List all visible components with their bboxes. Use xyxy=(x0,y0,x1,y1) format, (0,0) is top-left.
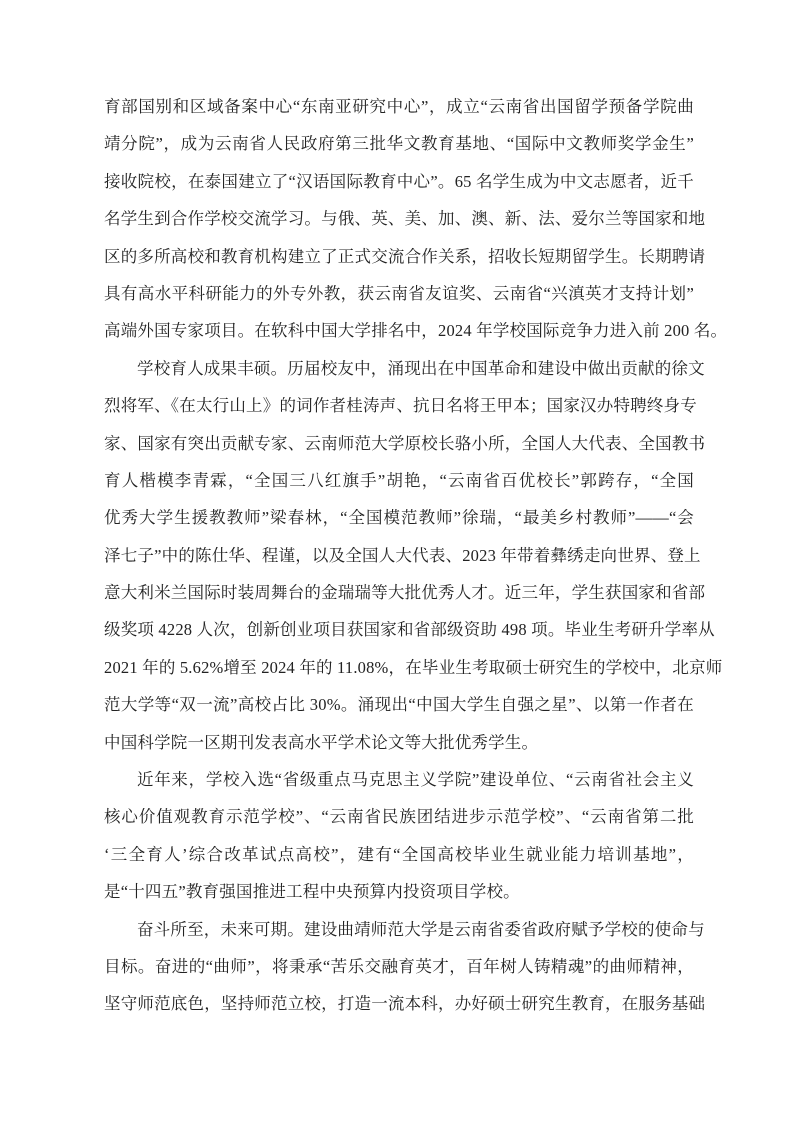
text-line: 核心价值观教育示范学校”、“云南省民族团结进步示范学校”、“云南省第二批 xyxy=(104,798,694,835)
text-line: 是“十四五”教育强国推进工程中央预算内投资项目学校。 xyxy=(104,873,694,910)
text-line: 区的多所高校和教育机构建立了正式交流合作关系，招收长短期留学生。长期聘请 xyxy=(104,238,694,275)
text-line: 2021 年的 5.62%增至 2024 年的 11.08%，在毕业生考取硕士研… xyxy=(104,649,694,686)
text-line: 名学生到合作学校交流学习。与俄、英、美、加、澳、新、法、爱尔兰等国家和地 xyxy=(104,200,694,237)
text-line: 范大学等“双一流”高校占比 30%。涌现出“中国大学生自强之星”、以第一作者在 xyxy=(104,686,694,723)
text-line: 优秀大学生援教教师”梁春林，“全国模范教师”徐瑞，“最美乡村教师”——“会 xyxy=(104,499,694,536)
text-line: 烈将军、《在太行山上》的词作者桂涛声、抗日名将王甲本；国家汉办特聘终身专 xyxy=(104,387,694,424)
text-line: 高端外国专家项目。在软科中国大学排名中，2024 年学校国际竞争力进入前 200… xyxy=(104,312,694,349)
text-line: 坚守师范底色，坚持师范立校，打造一流本科，办好硕士研究生教育，在服务基础 xyxy=(104,985,694,1022)
document-page: 育部国别和区域备案中心“东南亚研究中心”，成立“云南省出国留学预备学院曲 靖分院… xyxy=(0,0,794,1123)
text-line paragraph-start: 近年来，学校入选“省级重点马克思主义学院”建设单位、“云南省社会主义 xyxy=(104,761,694,798)
text-line: 靖分院”，成为云南省人民政府第三批华文教育基地、“国际中文教师奖学金生” xyxy=(104,125,694,162)
text-line: ‘三全育人’综合改革试点高校”，建有“全国高校毕业生就业能力培训基地”， xyxy=(104,836,694,873)
text-line: 意大利米兰国际时装周舞台的金瑞瑞等大批优秀人才。近三年，学生获国家和省部 xyxy=(104,574,694,611)
text-line: 具有高水平科研能力的外专外教，获云南省友谊奖、云南省“兴滇英才支持计划” xyxy=(104,275,694,312)
text-line: 中国科学院一区期刊发表高水平学术论文等大批优秀学生。 xyxy=(104,724,694,761)
text-line: 育部国别和区域备案中心“东南亚研究中心”，成立“云南省出国留学预备学院曲 xyxy=(104,88,694,125)
text-line paragraph-start: 奋斗所至，未来可期。建设曲靖师范大学是云南省委省政府赋予学校的使命与 xyxy=(104,911,694,948)
text-line: 家、国家有突出贡献专家、云南师范大学原校长骆小所，全国人大代表、全国教书 xyxy=(104,425,694,462)
text-line: 泽七子”中的陈仕华、程谨，以及全国人大代表、2023 年带着彝绣走向世界、登上 xyxy=(104,537,694,574)
text-line: 育人楷模李青霖，“全国三八红旗手”胡艳，“云南省百优校长”郭跨存，“全国 xyxy=(104,462,694,499)
text-line: 级奖项 4228 人次，创新创业项目获国家和省部级资助 498 项。毕业生考研升… xyxy=(104,611,694,648)
text-line: 接收院校，在泰国建立了“汉语国际教育中心”。65 名学生成为中文志愿者，近千 xyxy=(104,163,694,200)
text-line: 目标。奋进的“曲师”，将秉承“苦乐交融育英才，百年树人铸精魂”的曲师精神， xyxy=(104,948,694,985)
document-text-block: 育部国别和区域备案中心“东南亚研究中心”，成立“云南省出国留学预备学院曲 靖分院… xyxy=(104,88,694,1023)
text-line paragraph-start: 学校育人成果丰硕。历届校友中，涌现出在中国革命和建设中做出贡献的徐文 xyxy=(104,350,694,387)
